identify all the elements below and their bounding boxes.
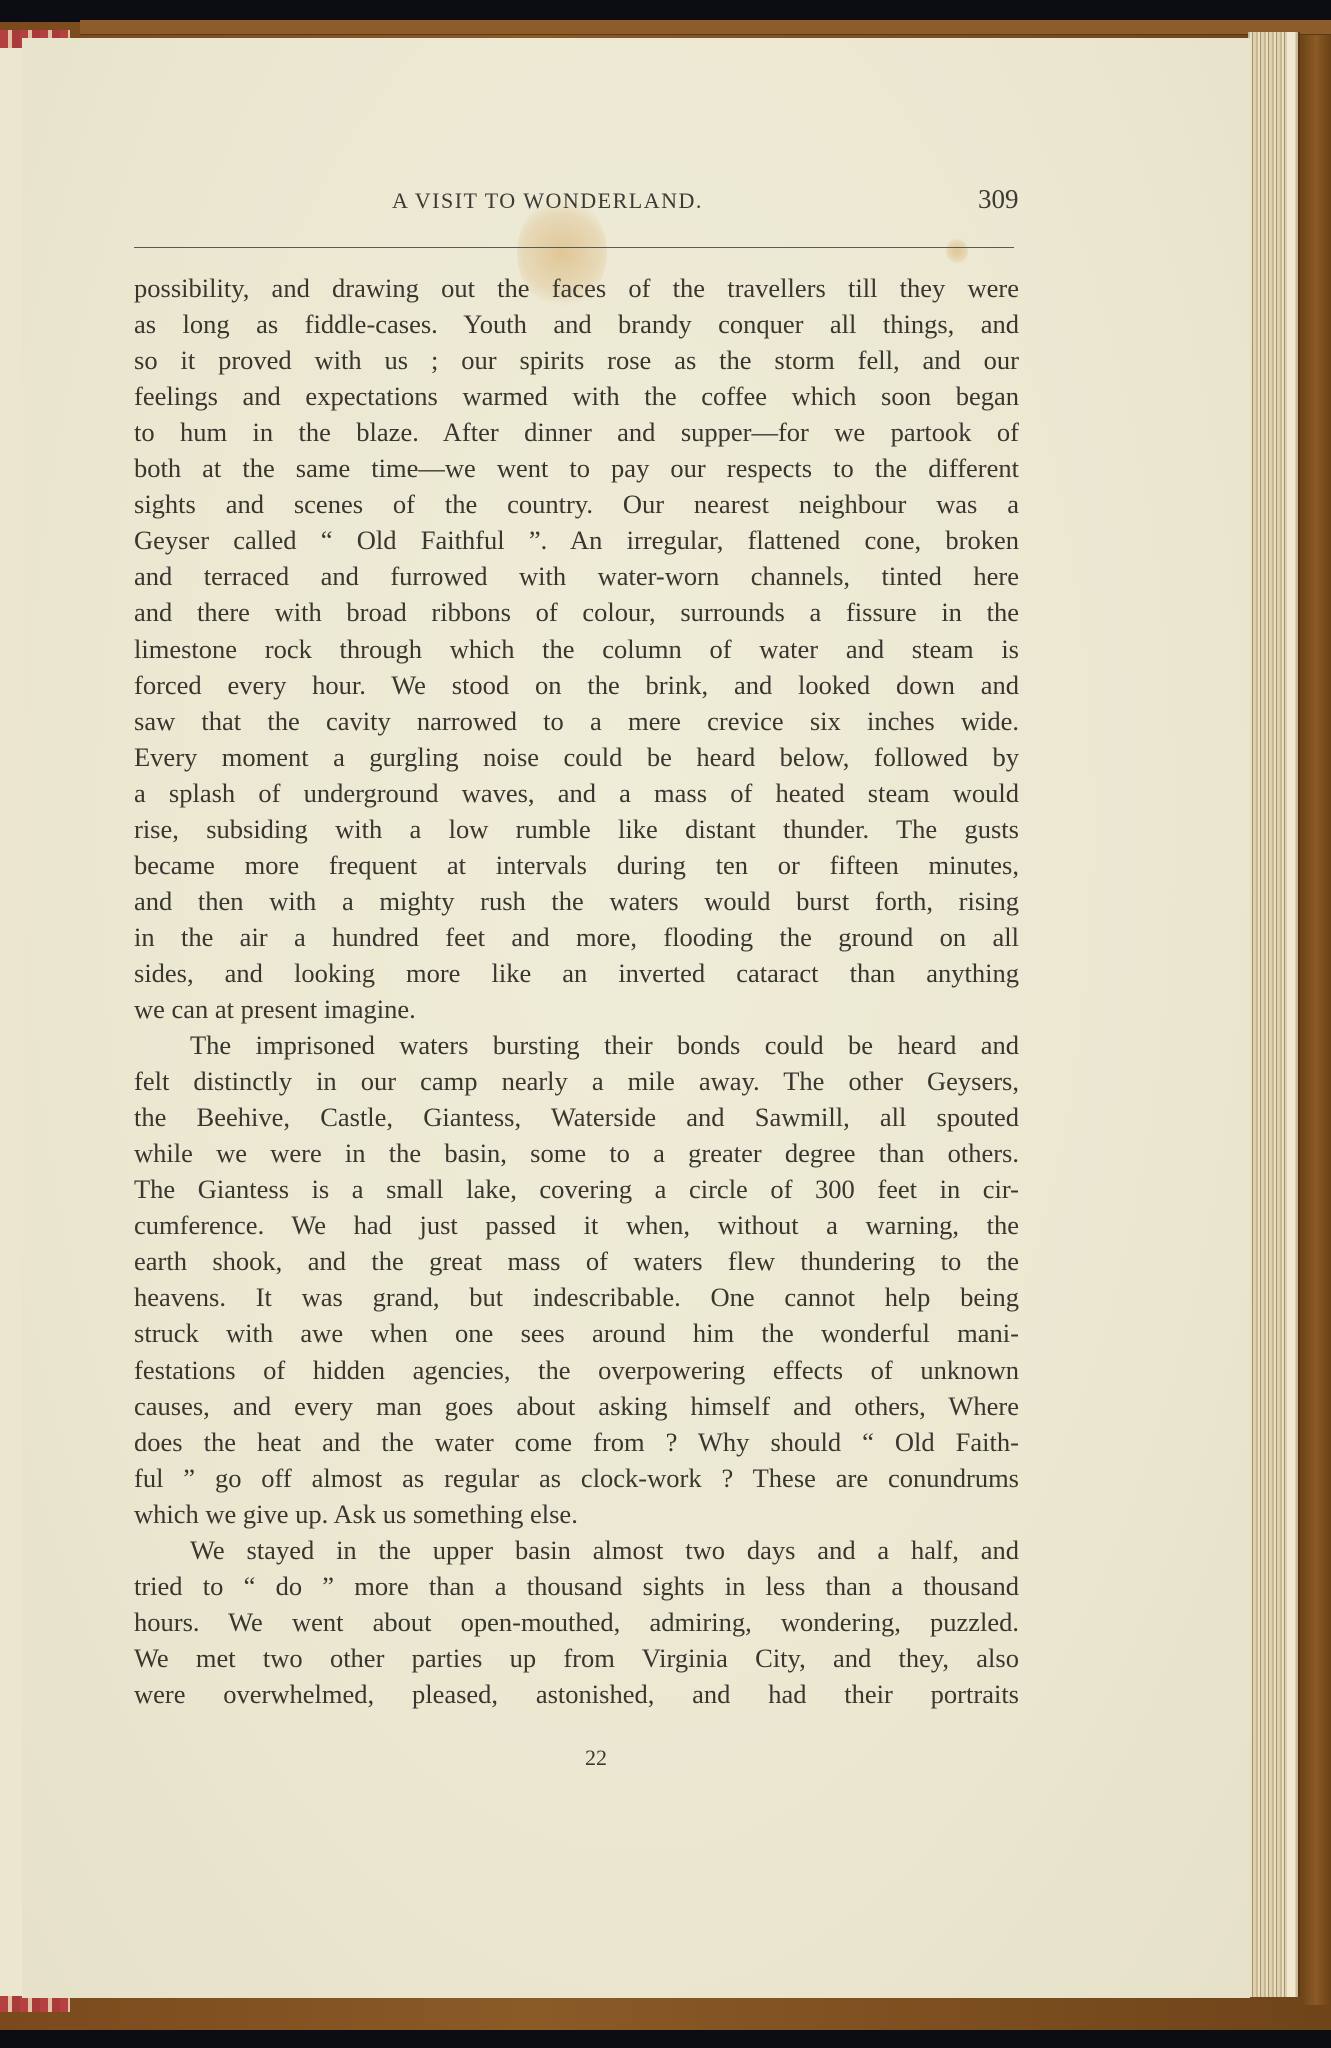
text-line: and then with a mighty rush the waters w… (134, 885, 1019, 917)
text-line: limestone rock through which the column … (134, 633, 1019, 665)
text-line: and there with broad ribbons of colour, … (134, 596, 1019, 628)
text-line: cumference. We had just passed it when, … (134, 1209, 1019, 1241)
text-line: saw that the cavity narrowed to a mere c… (134, 705, 1019, 737)
text-line: as long as fiddle-cases. Youth and brand… (134, 308, 1019, 340)
text-line: We stayed in the upper basin almost two … (134, 1534, 1019, 1566)
text-line: possibility, and drawing out the faces o… (134, 272, 1019, 304)
text-line: struck with awe when one sees around him… (134, 1317, 1019, 1349)
text-line: Geyser called “ Old Faithful ”. An irreg… (134, 524, 1019, 556)
text-line: both at the same time—we went to pay our… (134, 452, 1019, 484)
text-line: a splash of underground waves, and a mas… (134, 777, 1019, 809)
text-line: the Beehive, Castle, Giantess, Waterside… (134, 1101, 1019, 1133)
text-line: in the air a hundred feet and more, floo… (134, 921, 1019, 953)
facing-page-edge (0, 48, 23, 1996)
text-line: became more frequent at intervals during… (134, 849, 1019, 881)
text-line: so it proved with us ; our spirits rose … (134, 344, 1019, 376)
cover-right-board (1301, 35, 1331, 2005)
page-fore-edge (1248, 32, 1300, 1997)
text-line: Every moment a gurgling noise could be h… (134, 741, 1019, 773)
text-line: and terraced and furrowed with water-wor… (134, 560, 1019, 592)
text-line: heavens. It was grand, but indescribable… (134, 1281, 1019, 1313)
text-line: sights and scenes of the country. Our ne… (134, 488, 1019, 520)
text-line: rise, subsiding with a low rumble like d… (134, 813, 1019, 845)
text-line: ful ” go off almost as regular as clock-… (134, 1462, 1019, 1494)
text-line: We met two other parties up from Virgini… (134, 1642, 1019, 1674)
text-line: to hum in the blaze. After dinner and su… (134, 416, 1019, 448)
text-line: causes, and every man goes about asking … (134, 1390, 1019, 1422)
text-line: feelings and expectations warmed with th… (134, 380, 1019, 412)
text-line: were overwhelmed, pleased, astonished, a… (134, 1678, 1019, 1710)
text-line: tried to “ do ” more than a thousand sig… (134, 1570, 1019, 1602)
text-line: earth shook, and the great mass of water… (134, 1245, 1019, 1277)
text-line: does the heat and the water come from ? … (134, 1426, 1019, 1458)
text-line: hours. We went about open-mouthed, admir… (134, 1606, 1019, 1638)
text-line: which we give up. Ask us something else. (134, 1498, 1019, 1530)
text-line: we can at present imagine. (134, 993, 1019, 1025)
foxing-spot (946, 238, 968, 264)
text-line: forced every hour. We stood on the brink… (134, 669, 1019, 701)
text-line: while we were in the basin, some to a gr… (134, 1137, 1019, 1169)
text-line: sides, and looking more like an inverted… (134, 957, 1019, 989)
header-rule (134, 247, 1014, 248)
cover-top-edge (80, 20, 1331, 35)
text-line: The imprisoned waters bursting their bon… (134, 1029, 1019, 1061)
running-head: A VISIT TO WONDERLAND. (392, 188, 703, 214)
page-number: 309 (978, 184, 1019, 215)
signature-mark: 22 (585, 1745, 607, 1771)
text-line: felt distinctly in our camp nearly a mil… (134, 1065, 1019, 1097)
text-line: festations of hidden agencies, the overp… (134, 1354, 1019, 1386)
text-line: The Giantess is a small lake, covering a… (134, 1173, 1019, 1205)
